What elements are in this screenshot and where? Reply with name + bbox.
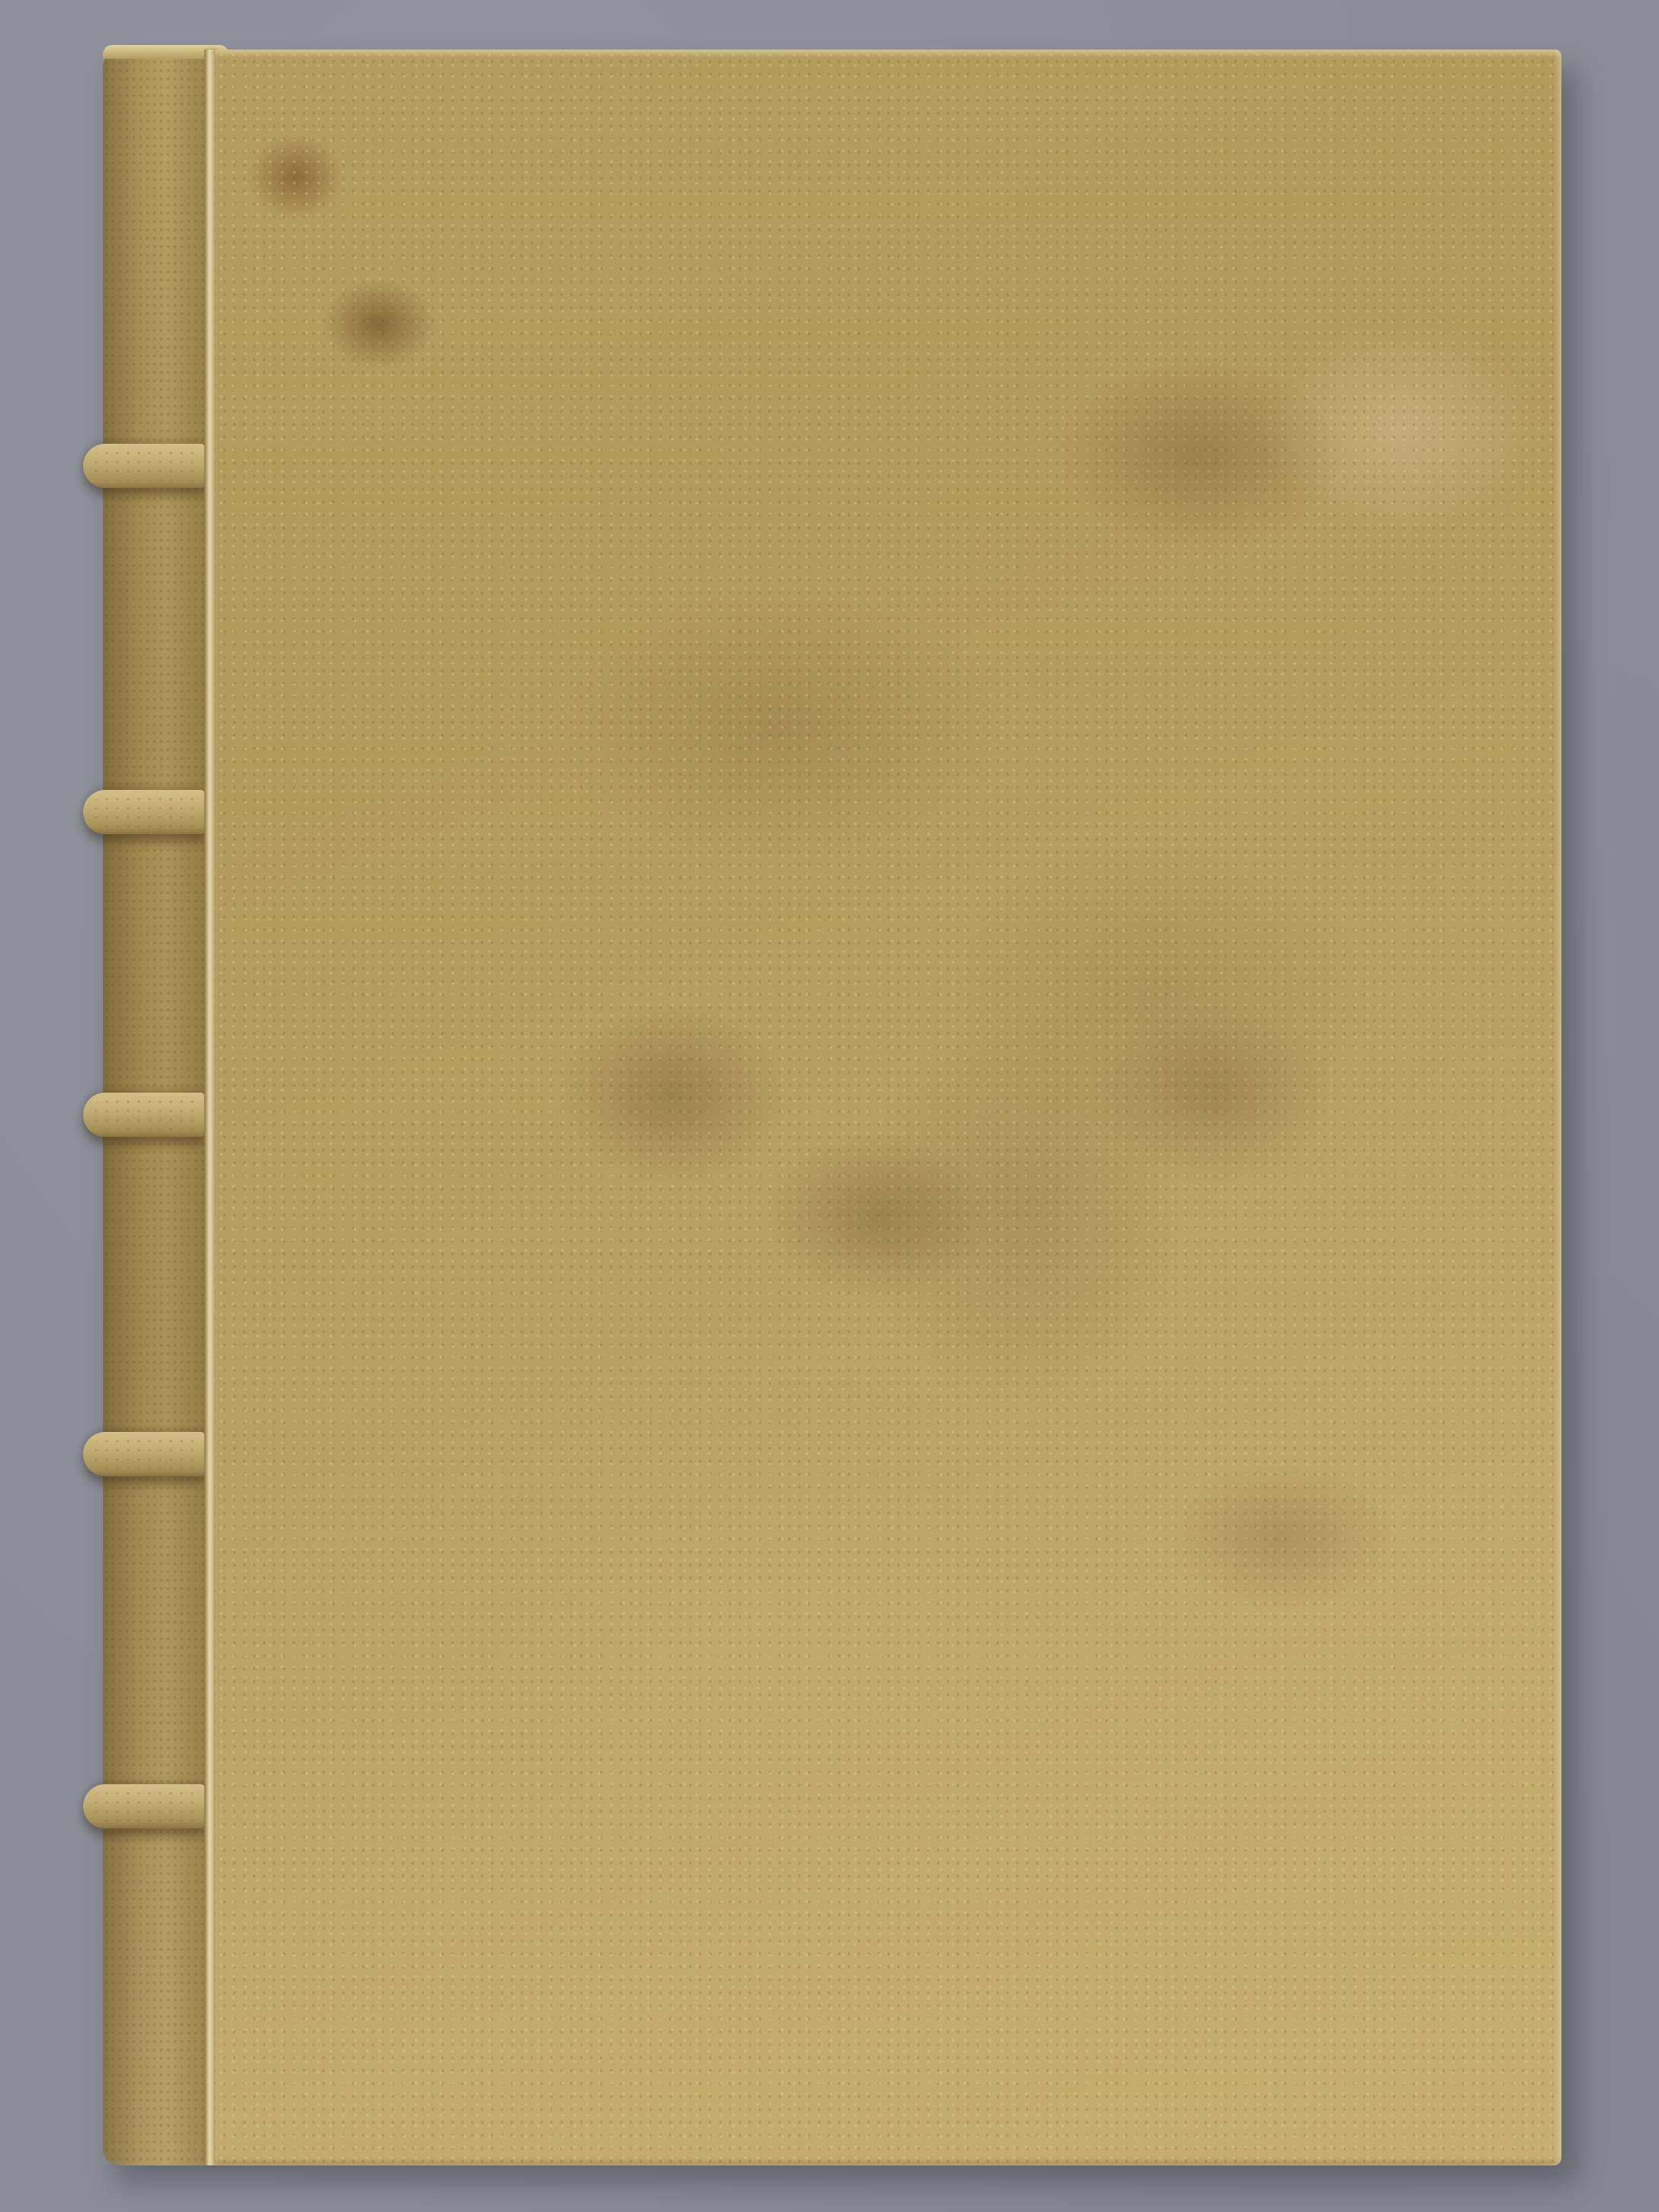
cover-stain-lower-right xyxy=(1168,1460,1397,1613)
cover-stain-top-left xyxy=(322,278,436,370)
cover-stain-center-left xyxy=(558,1003,787,1186)
spine-raised-band-4 xyxy=(83,1432,205,1476)
spine-raised-band-2 xyxy=(83,790,205,834)
spine-raised-band-1 xyxy=(83,444,205,488)
book-spine xyxy=(103,50,210,2165)
front-cover xyxy=(215,50,1561,2165)
cover-leather-grain xyxy=(215,50,1561,2165)
cover-stain-top-right xyxy=(1054,355,1343,553)
spine-raised-band-5 xyxy=(83,1784,205,1828)
book xyxy=(103,50,1561,2165)
cover-stain-center xyxy=(764,1132,993,1300)
cover-stain-center-right xyxy=(1092,1003,1336,1186)
spine-raised-band-3 xyxy=(83,1093,205,1137)
